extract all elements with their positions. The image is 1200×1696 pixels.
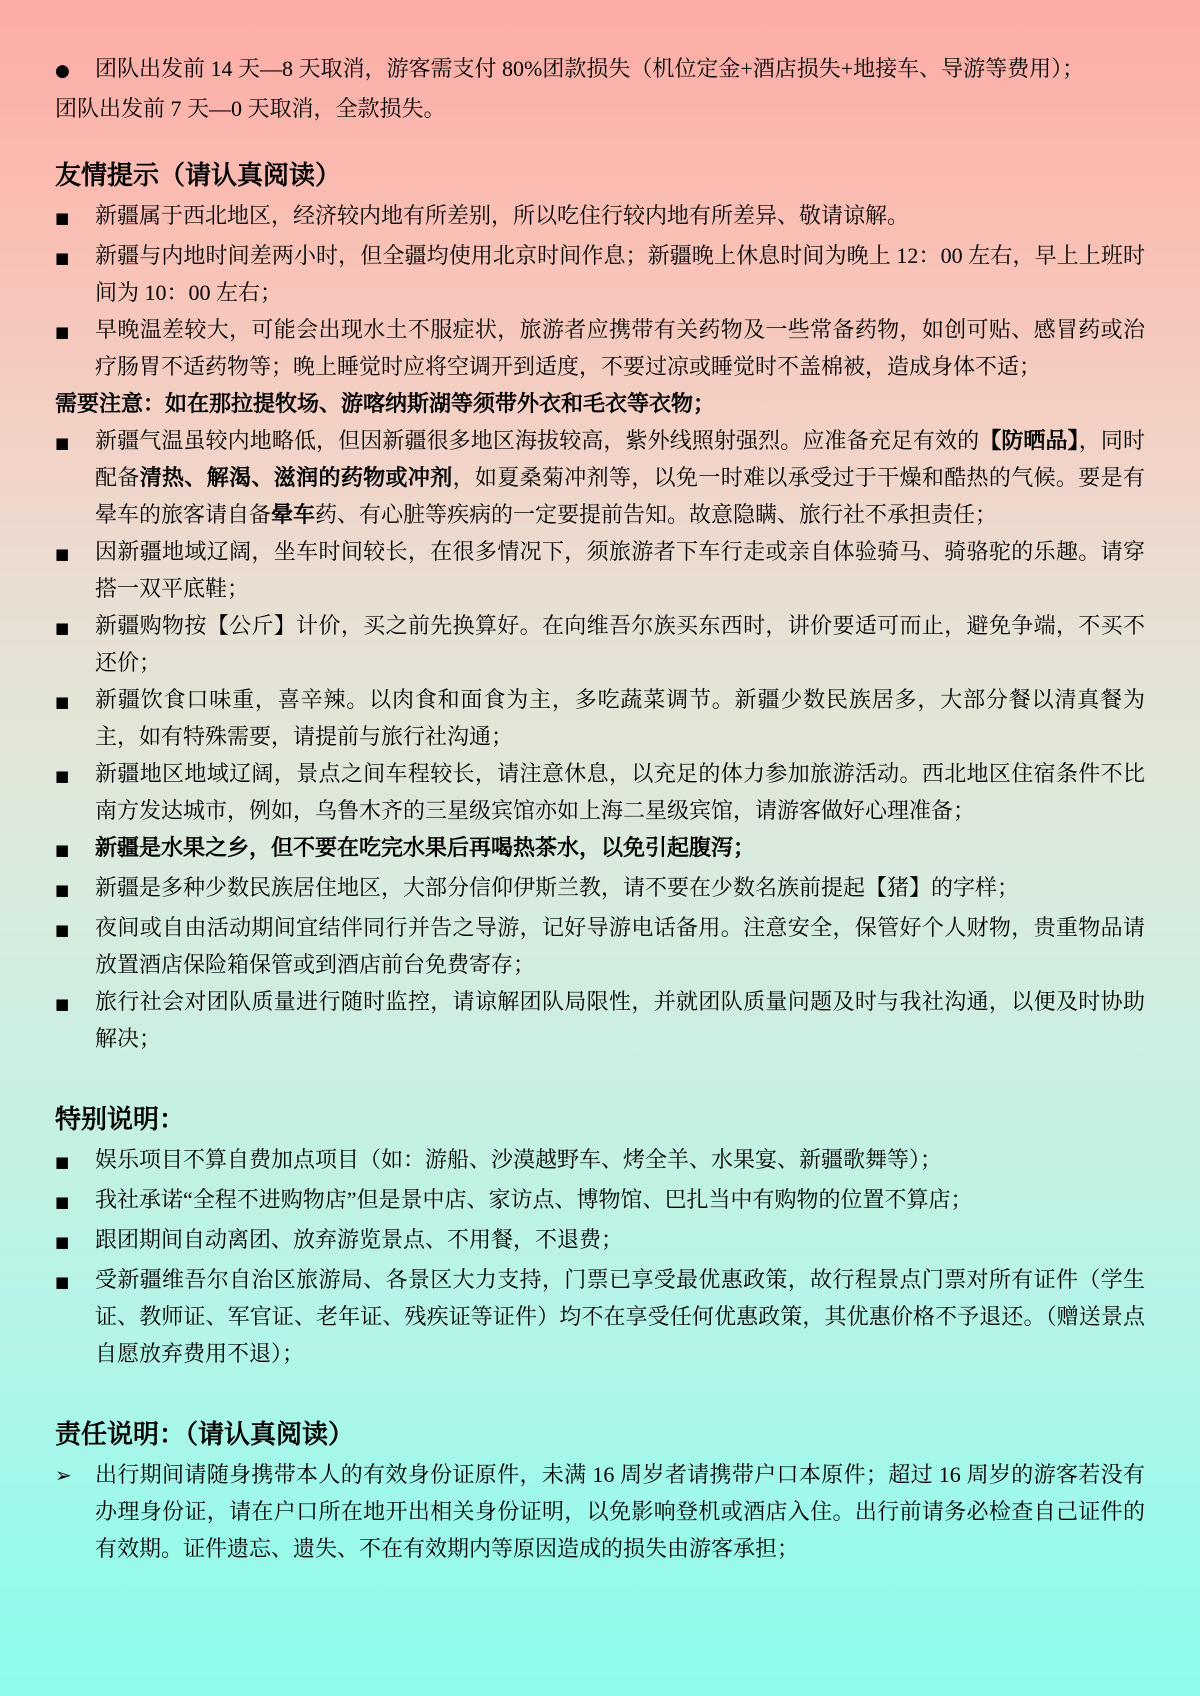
text-run: 娱乐项目不算自费加点项目（如：游船、沙漠越野车、烤全羊、水果宴、新疆歌舞等）； <box>95 1147 942 1172</box>
text-run: 新疆属于西北地区，经济较内地有所差别，所以吃住行较内地有所差异、敬请谅解。 <box>95 203 909 228</box>
special-notes-heading: 特别说明： <box>55 1097 1145 1141</box>
list-item-text: 旅行社会对团队质量进行随时监控，请谅解团队局限性，并就团队质量问题及时与我社沟通… <box>95 983 1145 1057</box>
bullet-marker-column: ■ <box>55 1141 95 1181</box>
square-bullet-icon: ■ <box>55 912 69 949</box>
list-item-text: 新疆地区地域辽阔，景点之间车程较长，请注意休息，以充足的体力参加旅游活动。西北地… <box>95 755 1145 829</box>
text-run: 出行期间请随身携带本人的有效身份证原件，未满 16 周岁者请携带户口本原件；超过… <box>95 1462 1145 1561</box>
tip-long-rides-item: ■因新疆地域辽阔，坐车时间较长，在很多情况下，须旅游者下车行走或亲自体验骑马、骑… <box>55 533 1145 607</box>
text-run: 晕车 <box>271 502 315 527</box>
special-ticket-discount-item: ■受新疆维吾尔自治区旅游局、各景区大力支持，门票已享受最优惠政策，故行程景点门票… <box>55 1261 1145 1372</box>
document-content: ●团队出发前 14 天—8 天取消，游客需支付 80%团款损失（机位定金+酒店损… <box>55 50 1145 1567</box>
square-bullet-icon: ■ <box>55 758 69 795</box>
document-page: ●团队出发前 14 天—8 天取消，游客需支付 80%团款损失（机位定金+酒店损… <box>0 0 1200 1696</box>
tip-temperature-medicine-item: ■早晚温差较大，可能会出现水土不服症状，旅游者应携带有关药物及一些常备药物，如创… <box>55 311 1145 385</box>
tip-religion-respect-item: ■新疆是多种少数民族居住地区，大部分信仰伊斯兰教，请不要在少数名族前提起【猪】的… <box>55 869 1145 909</box>
tip-time-difference-item: ■新疆与内地时间差两小时，但全疆均使用北京时间作息；新疆晚上休息时间为晚上 12… <box>55 237 1145 311</box>
cancellation-7-0-days-line: 团队出发前 7 天—0 天取消，全款损失。 <box>55 90 1145 127</box>
bullet-marker-column: ■ <box>55 755 95 795</box>
square-bullet-icon: ■ <box>55 536 69 573</box>
tip-shopping-by-kilogram-item: ■新疆购物按【公斤】计价，买之前先换算好。在向维吾尔族买东西时，讲价要适可而止，… <box>55 607 1145 681</box>
text-run: 新疆地区地域辽阔，景点之间车程较长，请注意休息，以充足的体力参加旅游活动。西北地… <box>95 761 1145 823</box>
tip-quality-monitoring-item: ■旅行社会对团队质量进行随时监控，请谅解团队局限性，并就团队质量问题及时与我社沟… <box>55 983 1145 1057</box>
special-no-refund-item: ■跟团期间自动离团、放弃游览景点、不用餐，不退费； <box>55 1221 1145 1261</box>
bullet-marker-column: ■ <box>55 681 95 721</box>
bullet-marker-column: ■ <box>55 983 95 1023</box>
list-item-text: 受新疆维吾尔自治区旅游局、各景区大力支持，门票已享受最优惠政策，故行程景点门票对… <box>95 1261 1145 1372</box>
bullet-marker-column: ■ <box>55 311 95 351</box>
list-item-text: 新疆是多种少数民族居住地区，大部分信仰伊斯兰教，请不要在少数名族前提起【猪】的字… <box>95 869 1145 906</box>
text-run: 旅行社会对团队质量进行随时监控，请谅解团队局限性，并就团队质量问题及时与我社沟通… <box>95 989 1145 1051</box>
bullet-marker-column: ● <box>55 50 95 90</box>
text-run: 团队出发前 14 天—8 天取消，游客需支付 80%团款损失（机位定金+酒店损失… <box>95 56 1084 81</box>
disc-bullet-icon: ● <box>55 53 70 90</box>
list-item-text: 新疆是水果之乡，但不要在吃完水果后再喝热茶水，以免引起腹泻； <box>95 829 1145 866</box>
text-run: 需要注意：如在那拉提牧场、游喀纳斯湖等须带外衣和毛衣等衣物； <box>55 391 715 416</box>
list-item-text: 夜间或自由活动期间宜结伴同行并告之导游，记好导游电话备用。注意安全，保管好个人财… <box>95 909 1145 983</box>
text-run: 新疆气温虽较内地略低，但因新疆很多地区海拔较高，紫外线照射强烈。应准备充足有效的 <box>95 428 979 453</box>
bullet-marker-column: ■ <box>55 422 95 462</box>
text-run: 【防晒品】 <box>979 428 1079 453</box>
tip-lodging-conditions-item: ■新疆地区地域辽阔，景点之间车程较长，请注意休息，以充足的体力参加旅游活动。西北… <box>55 755 1145 829</box>
text-run: 跟团期间自动离团、放弃游览景点、不用餐，不退费； <box>95 1227 623 1252</box>
list-item-text: 我社承诺“全程不进购物店”但是景中店、家访点、博物馆、巴扎当中有购物的位置不算店… <box>95 1181 1145 1218</box>
text-run: 我社承诺“全程不进购物店”但是景中店、家访点、博物馆、巴扎当中有购物的位置不算店… <box>95 1187 973 1212</box>
bullet-marker-column: ■ <box>55 829 95 869</box>
bullet-marker-column: ■ <box>55 197 95 237</box>
list-item-text: 出行期间请随身携带本人的有效身份证原件，未满 16 周岁者请携带户口本原件；超过… <box>95 1456 1145 1567</box>
list-item-text: 娱乐项目不算自费加点项目（如：游船、沙漠越野车、烤全羊、水果宴、新疆歌舞等）； <box>95 1141 1145 1178</box>
bullet-marker-column: ■ <box>55 237 95 277</box>
bullet-marker-column: ■ <box>55 607 95 647</box>
arrow-bullet-icon: ➢ <box>55 1457 72 1494</box>
list-item-text: 团队出发前 14 天—8 天取消，游客需支付 80%团款损失（机位定金+酒店损失… <box>95 50 1145 87</box>
bullet-marker-column: ■ <box>55 533 95 573</box>
text-run: 新疆与内地时间差两小时，但全疆均使用北京时间作息；新疆晚上休息时间为晚上 12：… <box>95 243 1145 305</box>
square-bullet-icon: ■ <box>55 684 69 721</box>
square-bullet-icon: ■ <box>55 1184 69 1221</box>
bullet-marker-column: ■ <box>55 1221 95 1261</box>
special-entertainment-item: ■娱乐项目不算自费加点项目（如：游船、沙漠越野车、烤全羊、水果宴、新疆歌舞等）； <box>55 1141 1145 1181</box>
special-no-shopping-stores-item: ■我社承诺“全程不进购物店”但是景中店、家访点、博物馆、巴扎当中有购物的位置不算… <box>55 1181 1145 1221</box>
list-item-text: 新疆与内地时间差两小时，但全疆均使用北京时间作息；新疆晚上休息时间为晚上 12：… <box>95 237 1145 311</box>
square-bullet-icon: ■ <box>55 610 69 647</box>
list-item-text: 因新疆地域辽阔，坐车时间较长，在很多情况下，须旅游者下车行走或亲自体验骑马、骑骆… <box>95 533 1145 607</box>
text-run: 药、有心脏等疾病的一定要提前告知。故意隐瞒、旅行社不承担责任； <box>315 502 997 527</box>
tip-fruit-hot-tea-item: ■新疆是水果之乡，但不要在吃完水果后再喝热茶水，以免引起腹泻； <box>55 829 1145 869</box>
cancellation-14-8-days-item: ●团队出发前 14 天—8 天取消，游客需支付 80%团款损失（机位定金+酒店损… <box>55 50 1145 90</box>
list-item-text: 新疆属于西北地区，经济较内地有所差别，所以吃住行较内地有所差异、敬请谅解。 <box>95 197 1145 234</box>
text-run: 夜间或自由活动期间宜结伴同行并告之导游，记好导游电话备用。注意安全，保管好个人财… <box>95 915 1145 977</box>
square-bullet-icon: ■ <box>55 1224 69 1261</box>
tip-region-difference-item: ■新疆属于西北地区，经济较内地有所差别，所以吃住行较内地有所差异、敬请谅解。 <box>55 197 1145 237</box>
responsibility-id-documents-item: ➢出行期间请随身携带本人的有效身份证原件，未满 16 周岁者请携带户口本原件；超… <box>55 1456 1145 1567</box>
text-run: 团队出发前 7 天—0 天取消，全款损失。 <box>55 96 446 121</box>
bullet-marker-column: ➢ <box>55 1456 95 1494</box>
text-run: 新疆购物按【公斤】计价，买之前先换算好。在向维吾尔族买东西时，讲价要适可而止，避… <box>95 613 1145 675</box>
text-run: 早晚温差较大，可能会出现水土不服症状，旅游者应携带有关药物及一些常备药物，如创可… <box>95 317 1145 379</box>
text-run: 受新疆维吾尔自治区旅游局、各景区大力支持，门票已享受最优惠政策，故行程景点门票对… <box>95 1267 1145 1366</box>
square-bullet-icon: ■ <box>55 832 69 869</box>
text-run: 新疆是多种少数民族居住地区，大部分信仰伊斯兰教，请不要在少数名族前提起【猪】的字… <box>95 875 1019 900</box>
square-bullet-icon: ■ <box>55 1264 69 1301</box>
square-bullet-icon: ■ <box>55 986 69 1023</box>
bullet-marker-column: ■ <box>55 1181 95 1221</box>
square-bullet-icon: ■ <box>55 314 69 351</box>
text-run: 清热、解渴、滋润的药物或冲剂 <box>140 465 453 490</box>
responsibility-notes-heading: 责任说明：（请认真阅读） <box>55 1412 1145 1456</box>
list-item-text: 早晚温差较大，可能会出现水土不服症状，旅游者应携带有关药物及一些常备药物，如创可… <box>95 311 1145 385</box>
tip-food-flavor-item: ■新疆饮食口味重，喜辛辣。以肉食和面食为主，多吃蔬菜调节。新疆少数民族居多，大部… <box>55 681 1145 755</box>
square-bullet-icon: ■ <box>55 200 69 237</box>
square-bullet-icon: ■ <box>55 872 69 909</box>
text-run: 因新疆地域辽阔，坐车时间较长，在很多情况下，须旅游者下车行走或亲自体验骑马、骑骆… <box>95 539 1145 601</box>
square-bullet-icon: ■ <box>55 1144 69 1181</box>
text-run: 新疆是水果之乡，但不要在吃完水果后再喝热茶水，以免引起腹泻； <box>95 835 755 860</box>
bullet-marker-column: ■ <box>55 1261 95 1301</box>
list-item-text: 跟团期间自动离团、放弃游览景点、不用餐，不退费； <box>95 1221 1145 1258</box>
list-item-text: 新疆饮食口味重，喜辛辣。以肉食和面食为主，多吃蔬菜调节。新疆少数民族居多，大部分… <box>95 681 1145 755</box>
list-item-text: 新疆购物按【公斤】计价，买之前先换算好。在向维吾尔族买东西时，讲价要适可而止，避… <box>95 607 1145 681</box>
friendly-tips-heading: 友情提示（请认真阅读） <box>55 153 1145 197</box>
attention-clothing-line: 需要注意：如在那拉提牧场、游喀纳斯湖等须带外衣和毛衣等衣物； <box>55 385 1145 422</box>
square-bullet-icon: ■ <box>55 425 69 462</box>
square-bullet-icon: ■ <box>55 240 69 277</box>
list-item-text: 新疆气温虽较内地略低，但因新疆很多地区海拔较高，紫外线照射强烈。应准备充足有效的… <box>95 422 1145 533</box>
text-run: 新疆饮食口味重，喜辛辣。以肉食和面食为主，多吃蔬菜调节。新疆少数民族居多，大部分… <box>95 687 1145 749</box>
tip-sunscreen-item: ■新疆气温虽较内地略低，但因新疆很多地区海拔较高，紫外线照射强烈。应准备充足有效… <box>55 422 1145 533</box>
bullet-marker-column: ■ <box>55 869 95 909</box>
tip-night-safety-item: ■夜间或自由活动期间宜结伴同行并告之导游，记好导游电话备用。注意安全，保管好个人… <box>55 909 1145 983</box>
bullet-marker-column: ■ <box>55 909 95 949</box>
